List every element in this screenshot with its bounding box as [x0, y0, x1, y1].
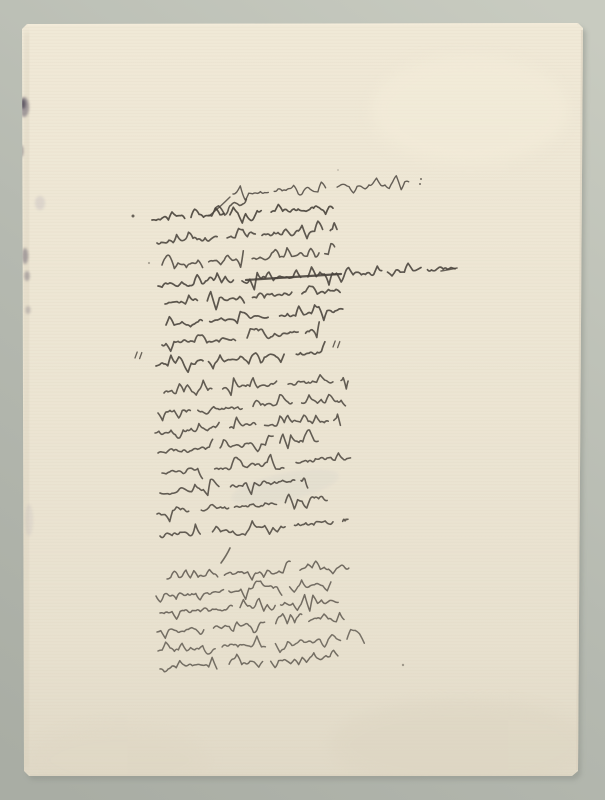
left-binding-shade	[26, 32, 28, 768]
manuscript-scan-photo	[0, 0, 605, 800]
bullet-dot	[132, 215, 135, 218]
title-end-punct-top	[420, 178, 422, 180]
faint-smudge-1	[35, 196, 45, 210]
edge-mark-2	[22, 248, 28, 264]
edge-mark-3	[24, 271, 30, 281]
stray-dot-above-title	[337, 169, 339, 171]
faint-dot	[148, 262, 150, 264]
edge-mark-4	[25, 306, 30, 314]
stray-dot-right-margin	[402, 664, 404, 666]
paper-sheet	[0, 0, 605, 800]
paper-highlight-top-right	[370, 55, 570, 165]
top-edge-highlight	[28, 24, 577, 25]
scan-viewport	[0, 0, 605, 800]
title-end-punct-bottom	[419, 183, 421, 185]
faint-streak	[25, 504, 33, 536]
